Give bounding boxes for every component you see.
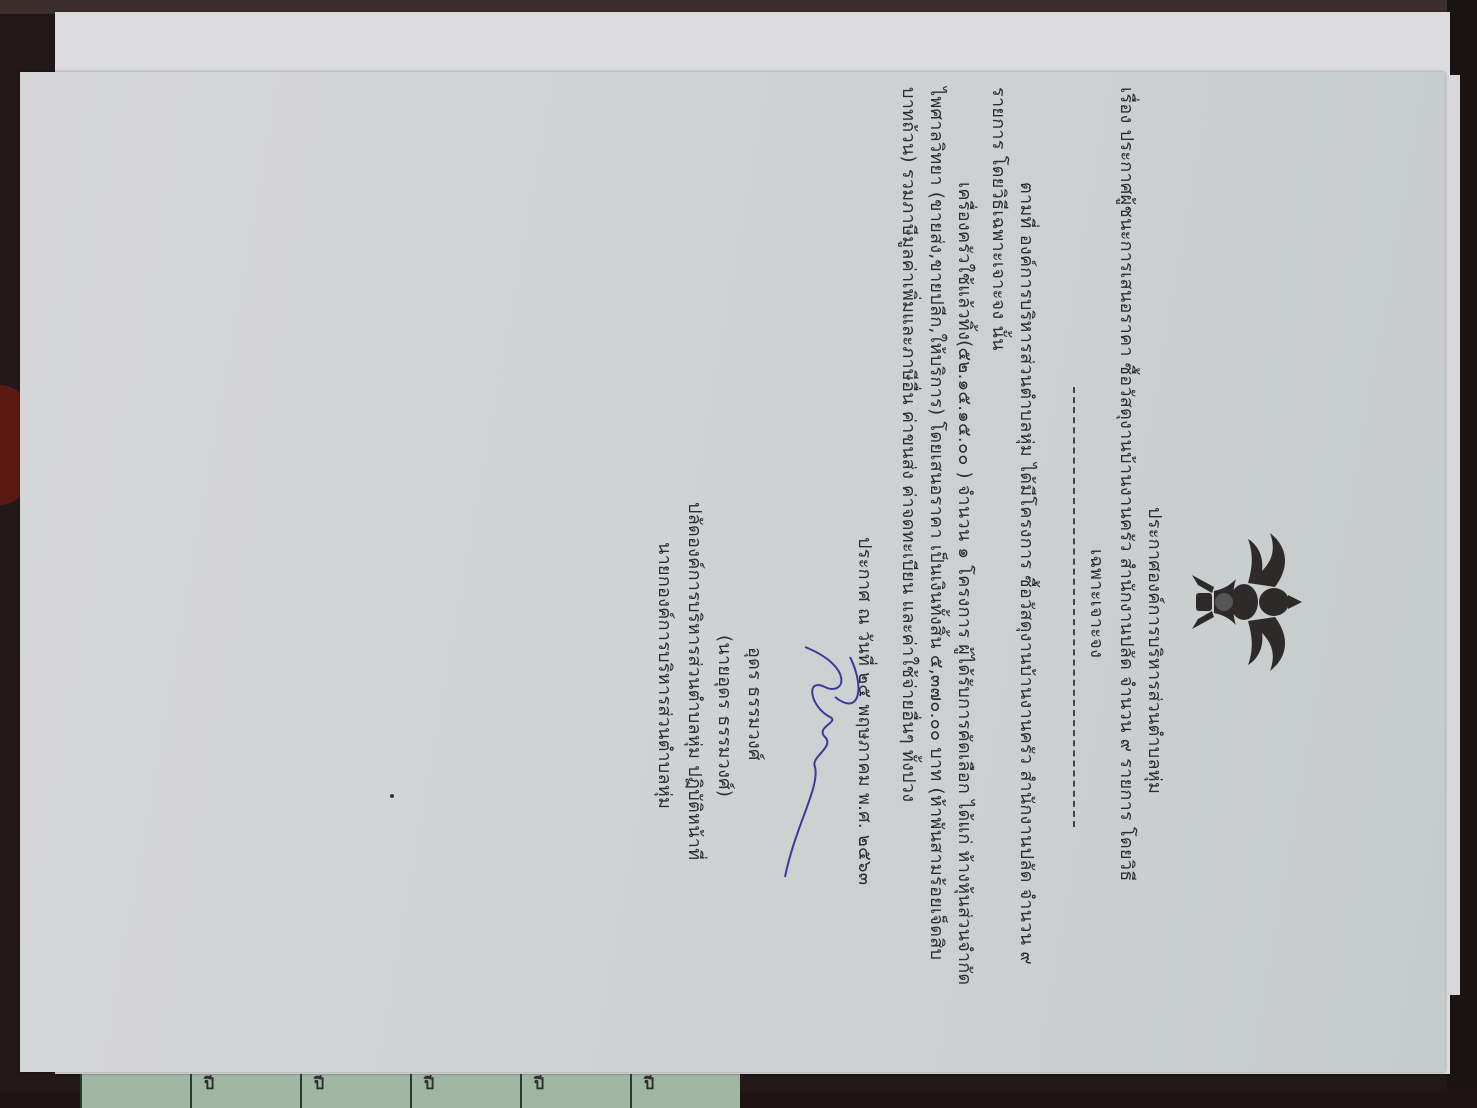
signer-name: อุดร ธรรมวงศ์: [741, 647, 770, 761]
signer-position: ปลัดองค์การบริหารส่วนตำบลหุ่ม ปฏิบัติหน้…: [681, 502, 710, 860]
garuda-emblem-icon: [1185, 527, 1310, 677]
ink-dot: [390, 794, 394, 798]
dashed-divider: [1073, 387, 1075, 827]
paragraph-2-line-1: เครื่องครัวใช้แล้วทิ้ง(๕๒.๑๕.๑๕.๐๐ ) จำน…: [951, 182, 980, 985]
document-content: ประกาศองค์การบริหารส่วนตำบลหุ่ม เรื่อง ป…: [110, 87, 1310, 1107]
paragraph-1-line-2: รายการ โดยวิธีเฉพาะเจาะจง นั้น: [985, 87, 1014, 351]
document-title: ประกาศองค์การบริหารส่วนตำบลหุ่ม: [1141, 507, 1170, 794]
photo-scene: ปี ปี ปี ปี ปี ป: [0, 0, 1477, 1108]
document-subject: เรื่อง ประกาศผู้ชนะการเสนอราคา ซื้อวัสดุ…: [1113, 87, 1142, 882]
signer-full-name: (นายอุดร ธรรมวงศ์): [711, 635, 740, 797]
paragraph-1-line-1: ตามที่ องค์การบริหารส่วนตำบลหุ่ม ได้มีโค…: [1013, 182, 1042, 965]
signature-icon: [775, 627, 865, 887]
document-page: ประกาศองค์การบริหารส่วนตำบลหุ่ม เรื่อง ป…: [20, 72, 1445, 1072]
paragraph-2-line-3: บาทถ้วน) รวมภาษีมูลค่าเพิ่มและภาษีอื่น ค…: [895, 87, 924, 802]
procurement-method: เฉพาะเจาะจง: [1083, 549, 1112, 658]
signer-position-acting: นายกองค์การบริหารส่วนตำบลหุ่ม: [651, 542, 680, 809]
paragraph-2-line-2: ไพศาลวิทยา (ขายส่ง,ขายปลีก,ให้บริการ) โด…: [923, 87, 952, 960]
